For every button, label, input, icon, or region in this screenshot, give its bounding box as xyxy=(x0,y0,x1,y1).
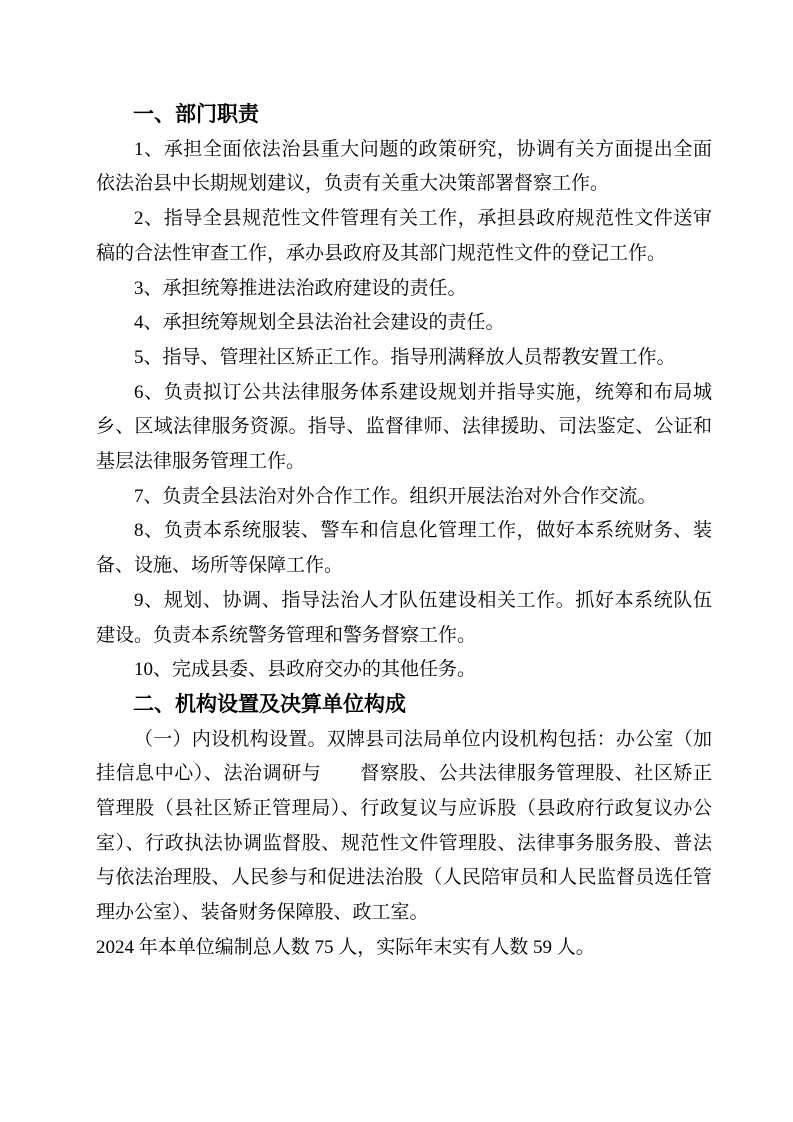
paragraph: 6、负责拟订公共法律服务体系建设规划并指导实施，统筹和布局城乡、区域法律服务资源… xyxy=(96,376,712,480)
paragraph: 8、负责本系统服装、警车和信息化管理工作，做好本系统财务、装备、设施、场所等保障… xyxy=(96,514,712,583)
paragraph: 3、承担统筹推进法治政府建设的责任。 xyxy=(96,272,712,307)
paragraph: 4、承担统筹规划全县法治社会建设的责任。 xyxy=(96,306,712,341)
paragraph: 1、承担全面依法治县重大问题的政策研究，协调有关方面提出全面依法治县中长期规划建… xyxy=(96,133,712,202)
section-heading: 二、机构设置及决算单位构成 xyxy=(96,688,712,723)
document-page: 一、部门职责1、承担全面依法治县重大问题的政策研究，协调有关方面提出全面依法治县… xyxy=(0,0,793,1122)
section-heading: 一、部门职责 xyxy=(96,98,712,133)
paragraph: 10、完成县委、县政府交办的其他任务。 xyxy=(96,653,712,688)
paragraph: 9、规划、协调、指导法治人才队伍建设相关工作。抓好本系统队伍建设。负责本系统警务… xyxy=(96,584,712,653)
paragraph: 2、指导全县规范性文件管理有关工作，承担县政府规范性文件送审稿的合法性审查工作，… xyxy=(96,202,712,271)
document-body: 一、部门职责1、承担全面依法治县重大问题的政策研究，协调有关方面提出全面依法治县… xyxy=(96,98,712,966)
paragraph: 5、指导、管理社区矫正工作。指导刑满释放人员帮教安置工作。 xyxy=(96,341,712,376)
paragraph: 7、负责全县法治对外合作工作。组织开展法治对外合作交流。 xyxy=(96,480,712,515)
paragraph: 2024 年本单位编制总人数 75 人，实际年末实有人数 59 人。 xyxy=(96,931,712,966)
paragraph: （一）内设机构设置。双牌县司法局单位内设机构包括：办公室（加挂信息中心）、法治调… xyxy=(96,723,712,931)
